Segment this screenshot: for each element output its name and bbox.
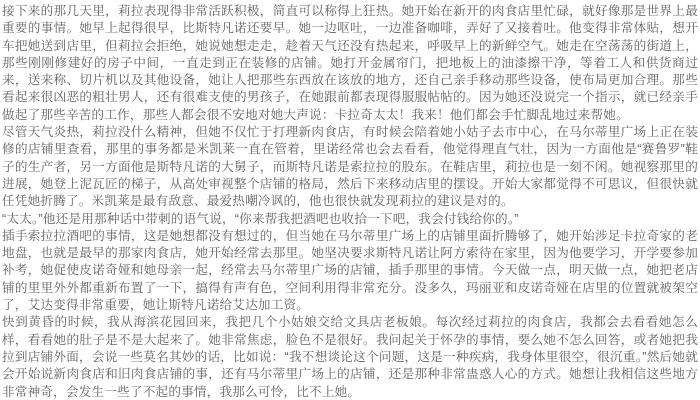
text-page: 接下来的那几天里，莉拉表现得非常活跃积极，简直可以称得上狂热。她开始在新开的肉食…: [0, 0, 700, 400]
paragraph: 接下来的那几天里，莉拉表现得非常活跃积极，简直可以称得上狂热。她开始在新开的肉食…: [2, 3, 698, 124]
paragraph: “太太。”他还是用那种话中带刺的语气说，“你来帮我把酒吧也收拾一下吧，我会付钱给…: [2, 211, 698, 228]
paragraph: 快到黄昏的时候，我从海滨花园回来，我把几个小姑娘交给文具店老板娘。每次经过莉拉的…: [2, 314, 698, 400]
paragraph: 插手索拉拉酒吧的事情，这是她想都没有想过的，但当她在马尔蒂里广场上的店铺里面折腾…: [2, 228, 698, 314]
paragraph: 尽管天气炎热，莉拉没什么精神，但她不仅忙于打理新肉食店，有时候会陪着她小姑子去市…: [2, 124, 698, 210]
